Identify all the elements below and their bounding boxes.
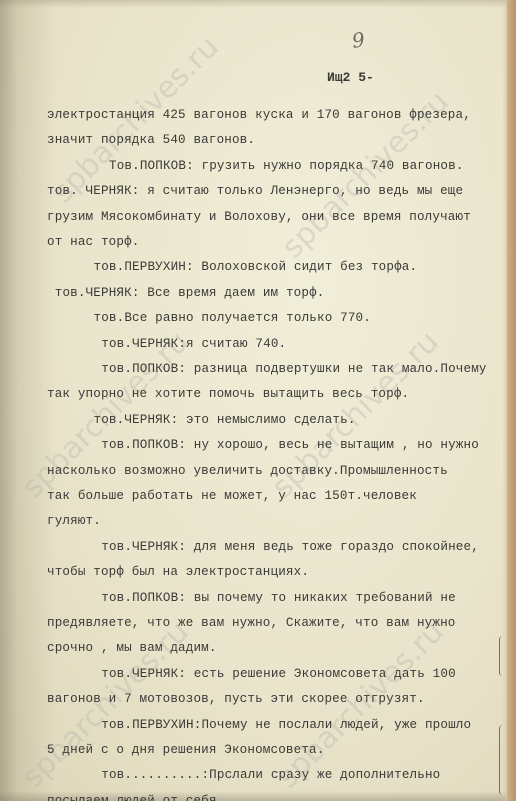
text-line: тов.ПЕРВУХИН:Почему не послали людей, уж…	[101, 717, 471, 733]
text-line: тов.ПОПКОВ: разница подвертушки не так м…	[101, 361, 486, 377]
text-line: вагонов и 7 мотовозов, пусть эти скорее …	[47, 691, 425, 707]
text-line: тов..........:Прслали сразу же дополните…	[101, 767, 440, 783]
text-line: электростанция 425 вагонов куска и 170 в…	[47, 107, 471, 123]
text-line: тов. ЧЕРНЯК: я считаю только Ленэнерго, …	[47, 183, 463, 199]
text-line: тов.ЧЕРНЯК: есть решение Экономсовета да…	[101, 666, 456, 682]
text-line: срочно , мы вам дадим.	[47, 640, 217, 656]
text-line: посылаем людей от себя.	[47, 793, 224, 801]
text-line: тов.ПЕРВУХИН: Волоховской сидит без торф…	[94, 259, 418, 275]
text-line: грузим Мясокомбинату и Волохову, они все…	[47, 209, 471, 225]
text-line: насколько возможно увеличить доставку.Пр…	[47, 463, 448, 479]
text-line: тов.Все равно получается только 770.	[94, 310, 371, 326]
text-line: Тов.ПОПКОВ: грузить нужно порядка 740 ва…	[109, 158, 464, 174]
text-line: значит порядка 540 вагонов.	[47, 132, 255, 148]
text-line: гуляют.	[47, 513, 101, 529]
page-marker: Ищ2 5-	[327, 70, 374, 85]
text-line: тов.ЧЕРНЯК:я считаю 740.	[101, 336, 286, 352]
text-line: так больше работать не может, у нас 150т…	[47, 488, 417, 504]
margin-bracket	[499, 636, 506, 676]
margin-bracket	[499, 725, 506, 795]
text-line: так упорно не хотите помочь вытащить вес…	[47, 386, 409, 402]
text-line: 5 дней с о дня решения Экономсовета.	[47, 742, 324, 758]
text-line: чтобы торф был на электростанциях.	[47, 564, 309, 580]
text-line: тов.ЧЕРНЯК: это немыслимо сделать.	[94, 412, 356, 428]
folio-number: 9	[350, 27, 366, 53]
text-line: тов.ПОПКОВ: вы почему то никаких требова…	[101, 590, 456, 606]
text-line: от нас торф.	[47, 234, 140, 250]
text-line: тов.ЧЕРНЯК: Все время даем им торф.	[55, 285, 325, 301]
text-line: предявляете, что же вам нужно, Скажите, …	[47, 615, 456, 631]
paper-edge	[507, 0, 516, 801]
archival-document-page: spbarchives.ru spbarchives.ru spbarchive…	[0, 0, 516, 801]
text-line: тов.ЧЕРНЯК: для меня ведь тоже гораздо с…	[101, 539, 479, 555]
text-line: тов.ПОПКОВ: ну хорошо, весь не вытащим ,…	[101, 437, 479, 453]
